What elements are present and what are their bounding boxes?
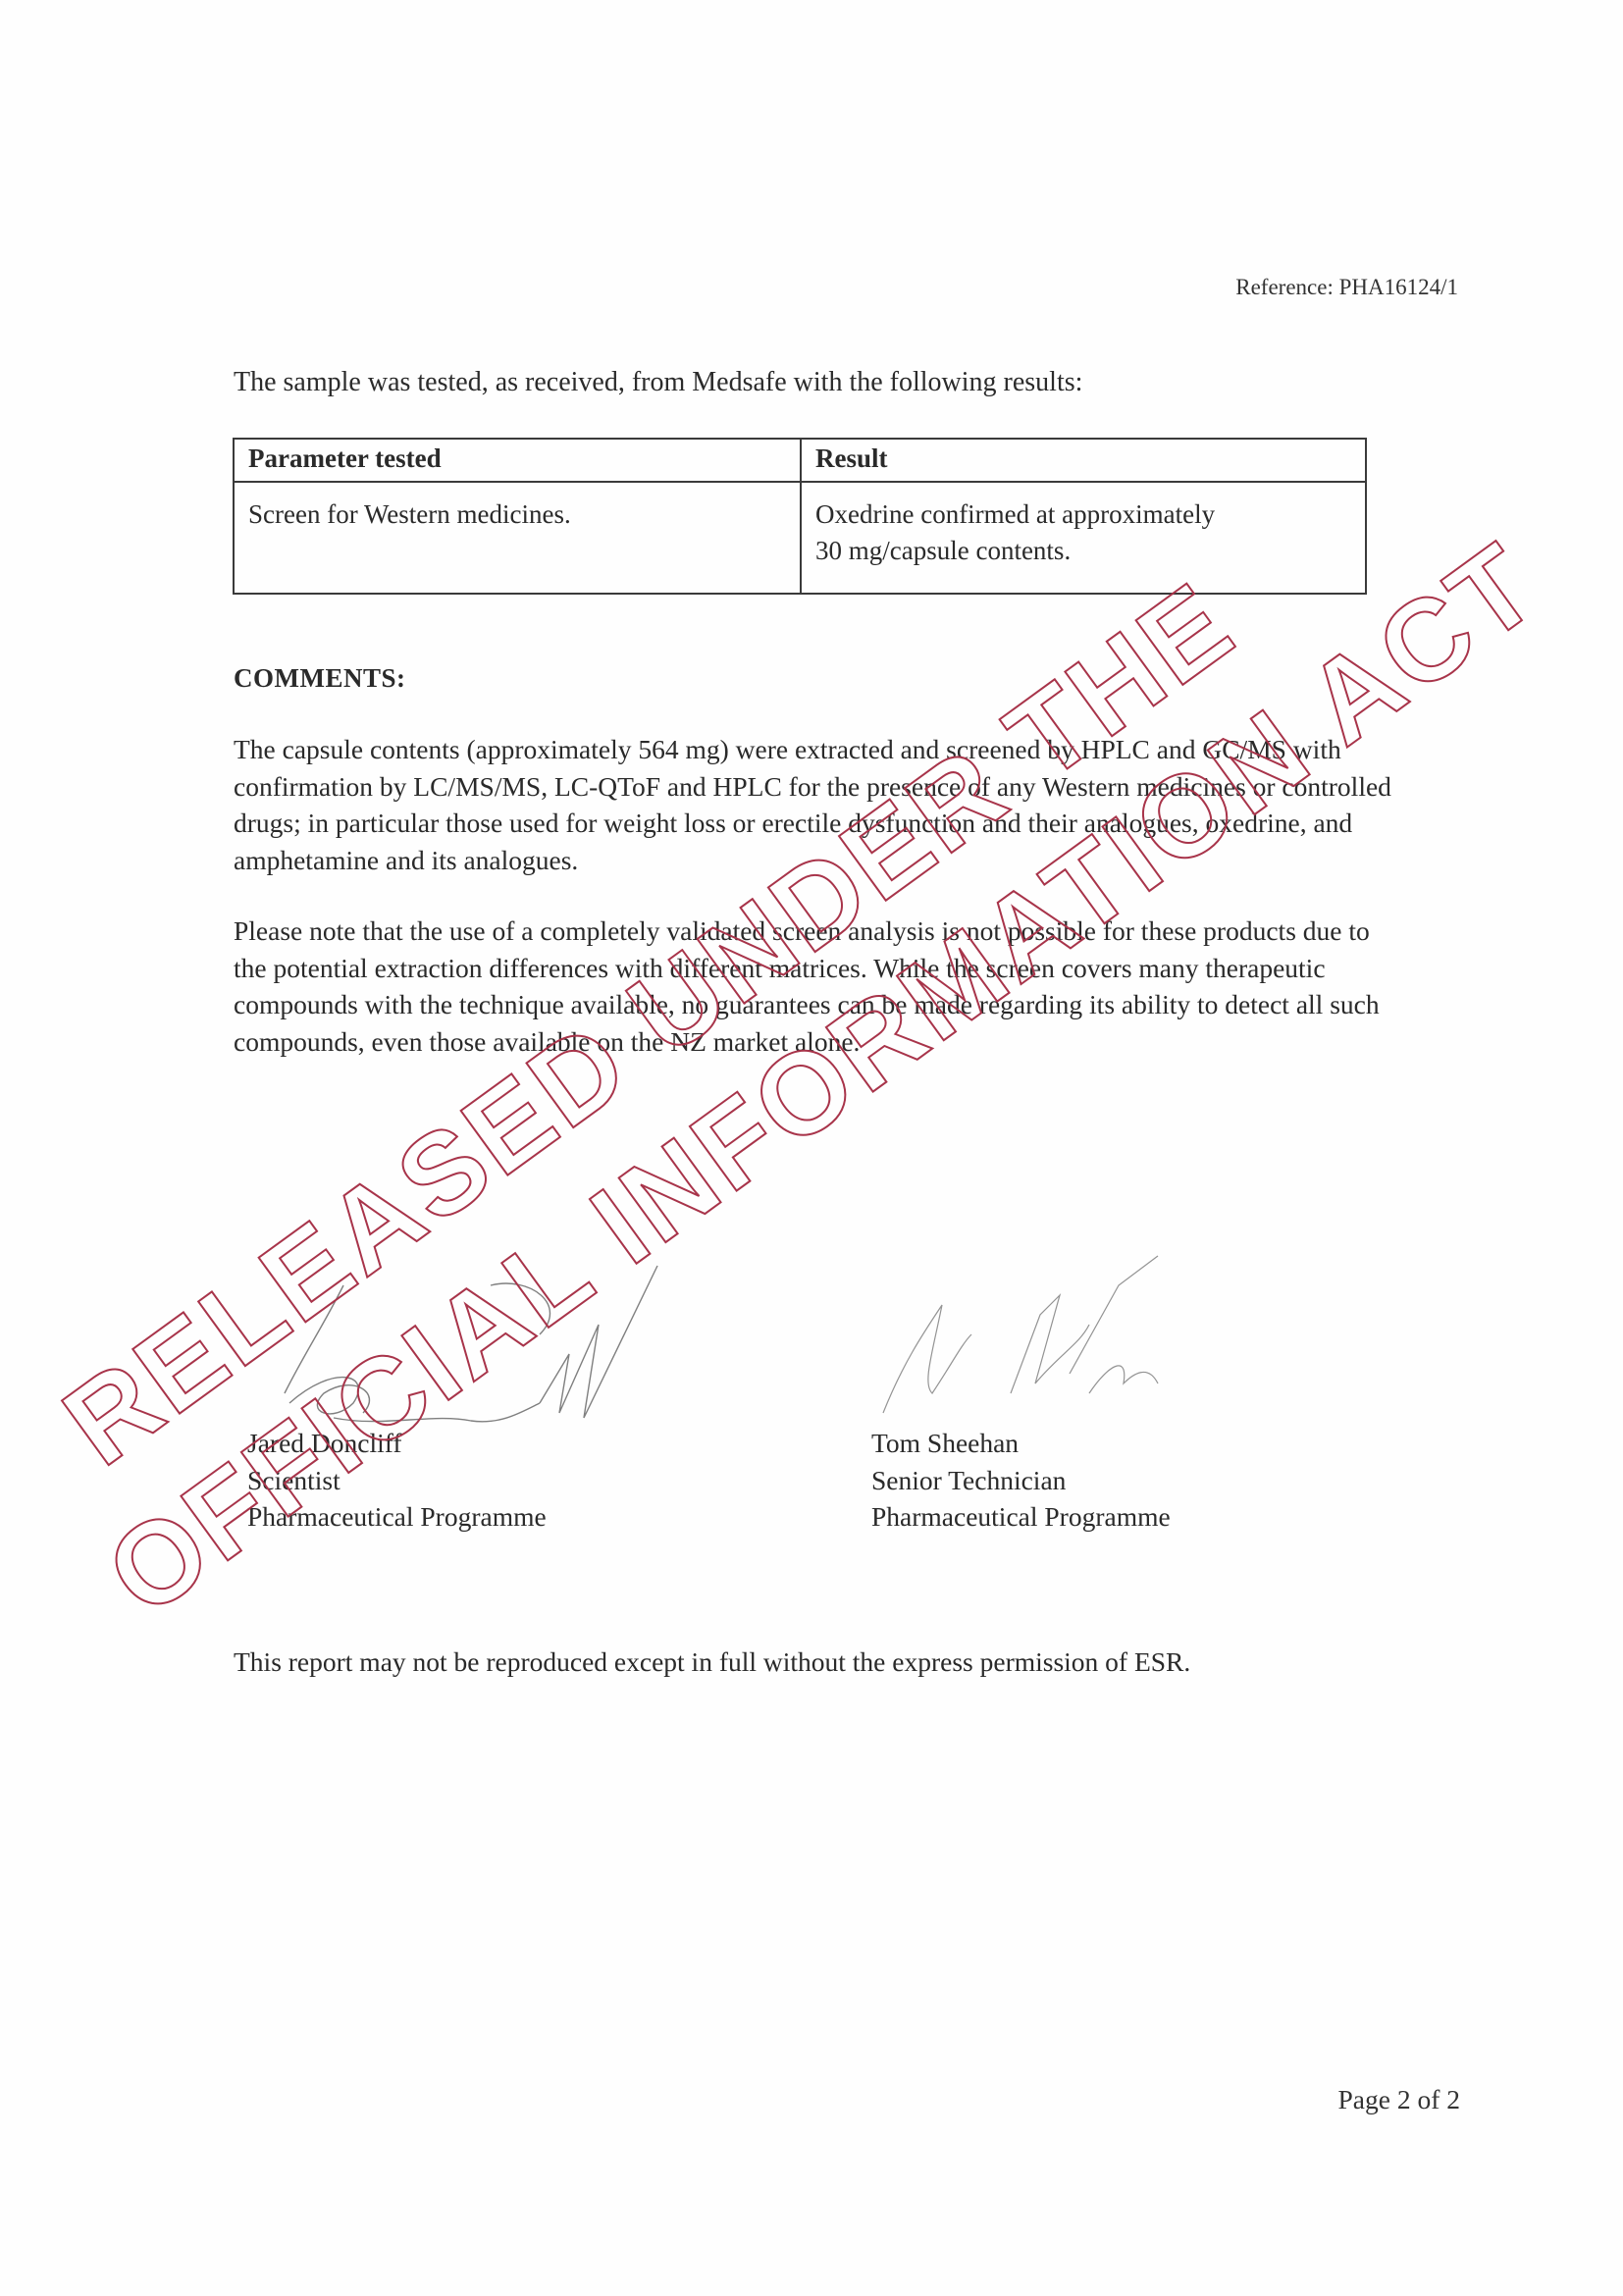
comments-paragraph-2: Please note that the use of a completely…	[234, 913, 1391, 1060]
intro-text: The sample was tested, as received, from…	[234, 367, 1082, 398]
table-row: Screen for Western medicines. Oxedrine c…	[234, 482, 1366, 594]
comments-heading: COMMENTS:	[234, 663, 406, 694]
reproduction-notice: This report may not be reproduced except…	[234, 1646, 1190, 1678]
signatory-name: Tom Sheehan	[871, 1425, 1171, 1462]
signature-jared-doncliff	[245, 1246, 716, 1442]
signatory-right: Tom Sheehan Senior Technician Pharmaceut…	[871, 1425, 1171, 1536]
signatory-title: Senior Technician	[871, 1462, 1171, 1499]
document-page: Reference: PHA16124/1 The sample was tes…	[0, 0, 1623, 2296]
watermark-stamp: RELEASED UNDER THE OFFICIAL INFORMATION …	[0, 0, 1623, 2296]
result-cell: Oxedrine confirmed at approximately 30 m…	[801, 482, 1366, 594]
signature-tom-sheehan	[864, 1246, 1217, 1423]
result-line-2: 30 mg/capsule contents.	[815, 533, 1351, 569]
signatory-department: Pharmaceutical Programme	[871, 1498, 1171, 1536]
reference-number: Reference: PHA16124/1	[1235, 275, 1458, 300]
signatory-department: Pharmaceutical Programme	[247, 1498, 547, 1536]
parameter-cell: Screen for Western medicines.	[234, 482, 801, 594]
column-header-result: Result	[801, 439, 1366, 482]
table-header-row: Parameter tested Result	[234, 439, 1366, 482]
signatory-name: Jared Doncliff	[247, 1425, 547, 1462]
results-table: Parameter tested Result Screen for Weste…	[233, 438, 1367, 595]
column-header-parameter: Parameter tested	[234, 439, 801, 482]
signatory-left: Jared Doncliff Scientist Pharmaceutical …	[247, 1425, 547, 1536]
result-line-1: Oxedrine confirmed at approximately	[815, 496, 1351, 533]
page-number: Page 2 of 2	[1338, 2084, 1461, 2115]
comments-paragraph-1: The capsule contents (approximately 564 …	[234, 731, 1391, 878]
signatory-title: Scientist	[247, 1462, 547, 1499]
